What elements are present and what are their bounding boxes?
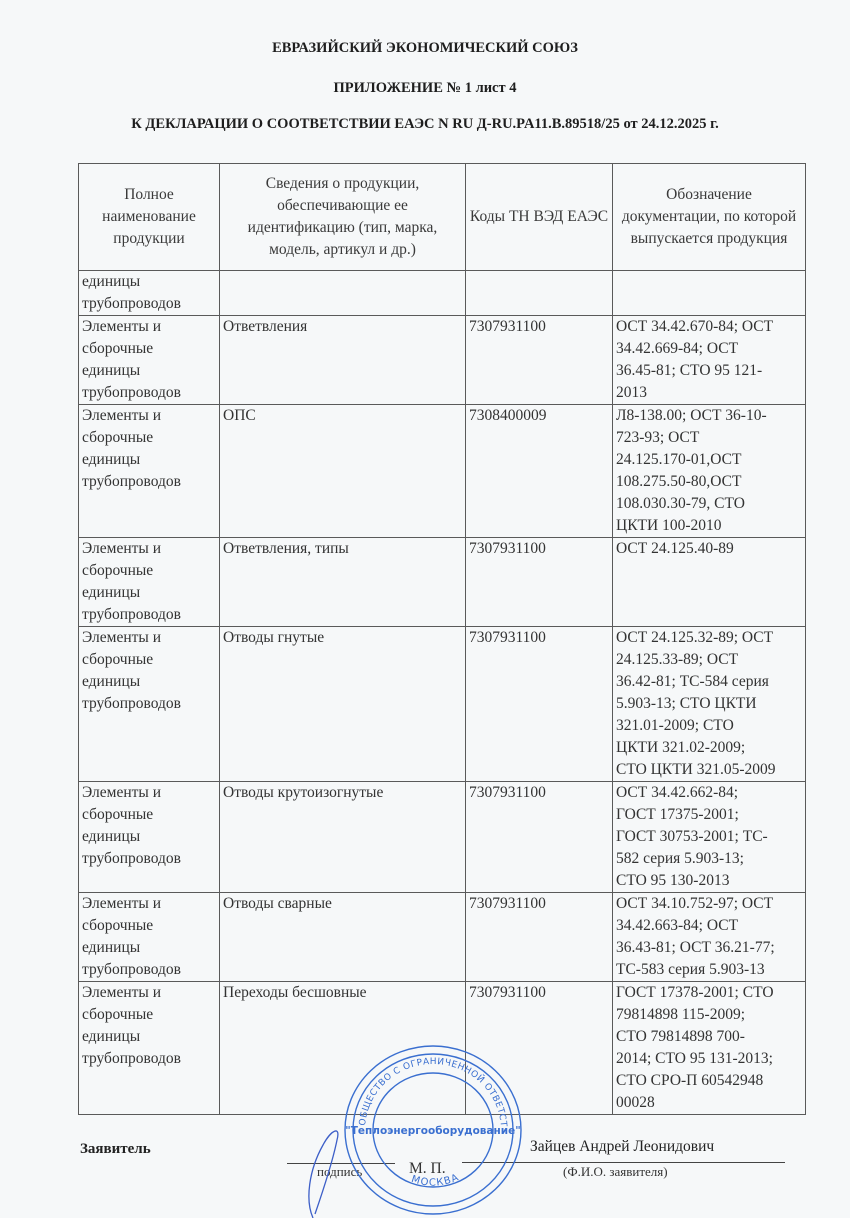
applicant-label: Заявитель xyxy=(80,1141,151,1158)
company-stamp-icon: ОБЩЕСТВО С ОГРАНИЧЕННОЙ ОТВЕТСТВЕННОСТЬЮ… xyxy=(340,1042,526,1218)
signature-block: Заявитель подпись М. П. Зайцев Андрей Ле… xyxy=(0,0,850,1218)
svg-text:"Теплоэнергооборудование": "Теплоэнергооборудование" xyxy=(345,1125,520,1137)
name-caption: (Ф.И.О. заявителя) xyxy=(563,1164,668,1180)
applicant-name: Зайцев Андрей Леонидович xyxy=(530,1138,714,1156)
svg-text:МОСКВА: МОСКВА xyxy=(410,1172,461,1189)
